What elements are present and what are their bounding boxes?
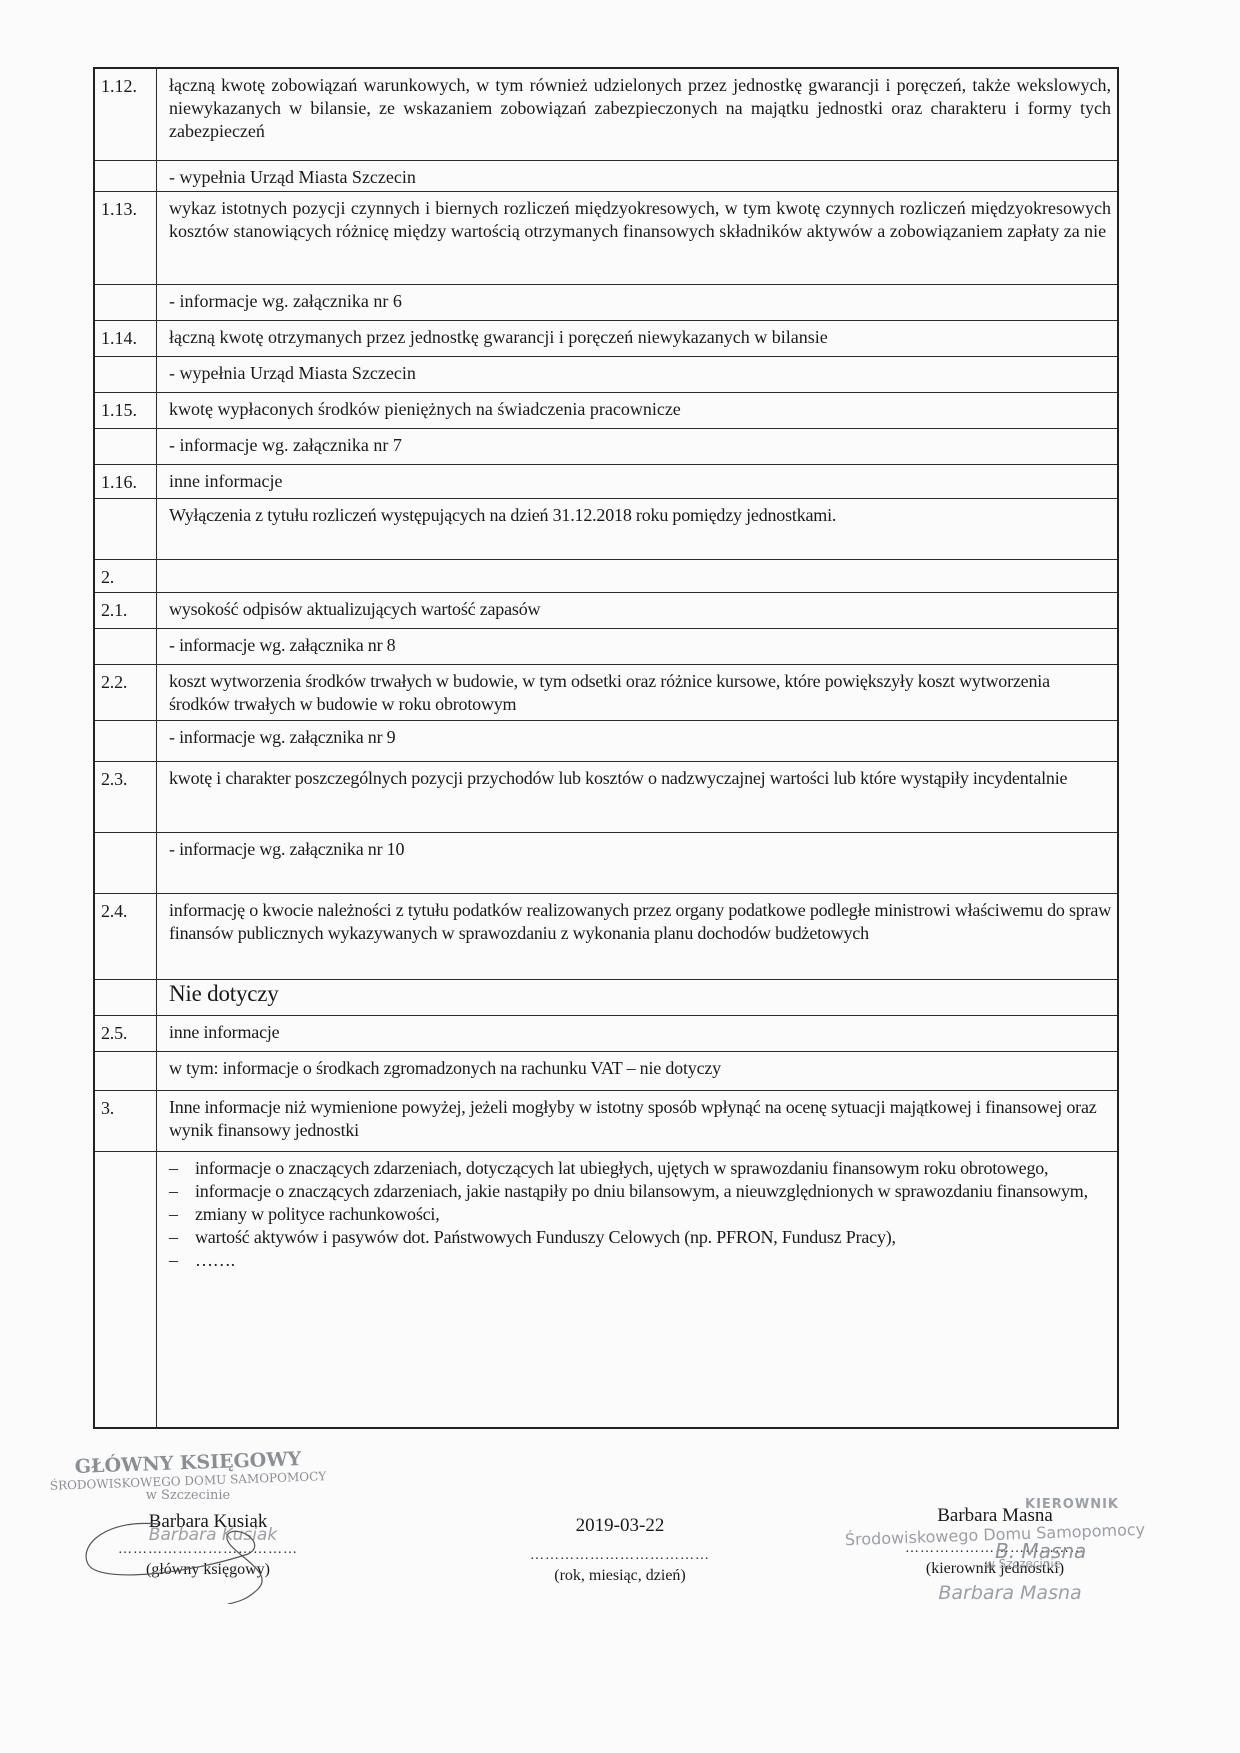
row-number: 3. — [95, 1091, 157, 1151]
signature-scribble-icon — [68, 1514, 288, 1604]
row-info: - wypełnia Urząd Miasta Szczecin — [157, 161, 1117, 191]
table-row: 2.3. kwotę i charakter poszczególnych po… — [95, 761, 1117, 832]
table-subrow: - wypełnia Urząd Miasta Szczecin — [95, 160, 1117, 191]
table-row: 2.5. inne informacje — [95, 1015, 1117, 1051]
date-label: (rok, miesiąc, dzień) — [525, 1567, 715, 1585]
date-value: 2019-03-22 — [525, 1515, 715, 1537]
row-info: Nie dotyczy — [157, 980, 1117, 1015]
table-subrow: - wypełnia Urząd Miasta Szczecin — [95, 356, 1117, 392]
table-subrow: informacje o znaczących zdarzeniach, dot… — [95, 1151, 1117, 1427]
row-description: kwotę i charakter poszczególnych pozycji… — [157, 762, 1117, 832]
director-signature-block: KIEROWNIK Barbara Masna Środowiskowego D… — [875, 1505, 1155, 1604]
director-stamp-title: KIEROWNIK — [1025, 1497, 1119, 1512]
row-number: 2.3. — [95, 762, 157, 832]
list-item: informacje o znaczących zdarzeniach, dot… — [169, 1157, 1111, 1180]
row-description: Inne informacje niż wymienione powyżej, … — [157, 1091, 1117, 1151]
table-row: 2.2. koszt wytworzenia środków trwałych … — [95, 664, 1117, 720]
row-info: w tym: informacje o środkach zgromadzony… — [157, 1052, 1117, 1090]
table-row: 2.1. wysokość odpisów aktualizujących wa… — [95, 592, 1117, 628]
accountant-signature-block: GŁÓWNY KSIĘGOWY ŚRODOWISKOWEGO DOMU SAMO… — [38, 1452, 338, 1579]
director-stamp-name: Barbara Masna — [875, 1582, 1155, 1604]
row-number: 2.5. — [95, 1016, 157, 1051]
table-subrow: Wyłączenia z tytułu rozliczeń występując… — [95, 498, 1117, 559]
row-info: - informacje wg. załącznika nr 7 — [157, 429, 1117, 464]
table-subrow: - informacje wg. załącznika nr 7 — [95, 428, 1117, 464]
row-info: - informacje wg. załącznika nr 6 — [157, 285, 1117, 320]
table-subrow: - informacje wg. załącznika nr 10 — [95, 832, 1117, 893]
row-description: kwotę wypłaconych środków pieniężnych na… — [157, 393, 1117, 428]
table-subrow: - informacje wg. załącznika nr 6 — [95, 284, 1117, 320]
date-block: 2019-03-22 ……………………………… (rok, miesiąc, d… — [525, 1515, 715, 1585]
row-number: 2.1. — [95, 593, 157, 628]
row-number: 2.2. — [95, 665, 157, 720]
row-description: wykaz istotnych pozycji czynnych i biern… — [157, 192, 1117, 284]
date-line: ……………………………… — [525, 1551, 715, 1561]
row-number: 1.16. — [95, 465, 157, 498]
table-row: 2.4. informację o kwocie należności z ty… — [95, 893, 1117, 979]
row-info: - informacje wg. załącznika nr 10 — [157, 833, 1117, 893]
row-description: koszt wytworzenia środków trwałych w bud… — [157, 665, 1117, 720]
table-row: 1.15. kwotę wypłaconych środków pieniężn… — [95, 392, 1117, 428]
table-row: 1.14. łączną kwotę otrzymanych przez jed… — [95, 320, 1117, 356]
row-number: 1.14. — [95, 321, 157, 356]
list-item: ……. — [169, 1249, 1111, 1272]
row-info: - wypełnia Urząd Miasta Szczecin — [157, 357, 1117, 392]
row-number: 1.15. — [95, 393, 157, 428]
row-number: 1.13. — [95, 192, 157, 284]
row-info: Wyłączenia z tytułu rozliczeń występując… — [157, 499, 1117, 559]
table-subrow: Nie dotyczy — [95, 979, 1117, 1015]
table-row: 1.13. wykaz istotnych pozycji czynnych i… — [95, 191, 1117, 284]
table-row: 1.12. łączną kwotę zobowiązań warunkowyc… — [95, 69, 1117, 160]
row-description — [157, 560, 1117, 592]
row-info: - informacje wg. załącznika nr 8 — [157, 629, 1117, 664]
row-description: informację o kwocie należności z tytułu … — [157, 894, 1117, 979]
row-number: 2.4. — [95, 894, 157, 979]
table-row: 2. — [95, 559, 1117, 592]
table-row: 3. Inne informacje niż wymienione powyże… — [95, 1090, 1117, 1151]
table-subrow: - informacje wg. załącznika nr 9 — [95, 720, 1117, 761]
table-subrow: w tym: informacje o środkach zgromadzony… — [95, 1051, 1117, 1090]
row-description: łączną kwotę otrzymanych przez jednostkę… — [157, 321, 1117, 356]
table-subrow: - informacje wg. załącznika nr 8 — [95, 628, 1117, 664]
row-info: - informacje wg. załącznika nr 9 — [157, 721, 1117, 761]
list-item: wartość aktywów i pasywów dot. Państwowy… — [169, 1226, 1111, 1249]
other-info-list: informacje o znaczących zdarzeniach, dot… — [169, 1157, 1111, 1272]
list-item: informacje o znaczących zdarzeniach, jak… — [169, 1180, 1111, 1203]
director-stamp-city: w Szczecinie — [985, 1557, 1061, 1571]
table-row: 1.16. inne informacje — [95, 464, 1117, 498]
row-description: inne informacje — [157, 1016, 1117, 1051]
row-number: 2. — [95, 560, 157, 592]
row-description: inne informacje — [157, 465, 1117, 498]
row-description: łączną kwotę zobowiązań warunkowych, w t… — [157, 69, 1117, 160]
notes-table: 1.12. łączną kwotę zobowiązań warunkowyc… — [93, 67, 1119, 1429]
list-item: zmiany w polityce rachunkowości, — [169, 1203, 1111, 1226]
row-description: wysokość odpisów aktualizujących wartość… — [157, 593, 1117, 628]
row-number: 1.12. — [95, 69, 157, 160]
row-info: informacje o znaczących zdarzeniach, dot… — [157, 1152, 1117, 1427]
